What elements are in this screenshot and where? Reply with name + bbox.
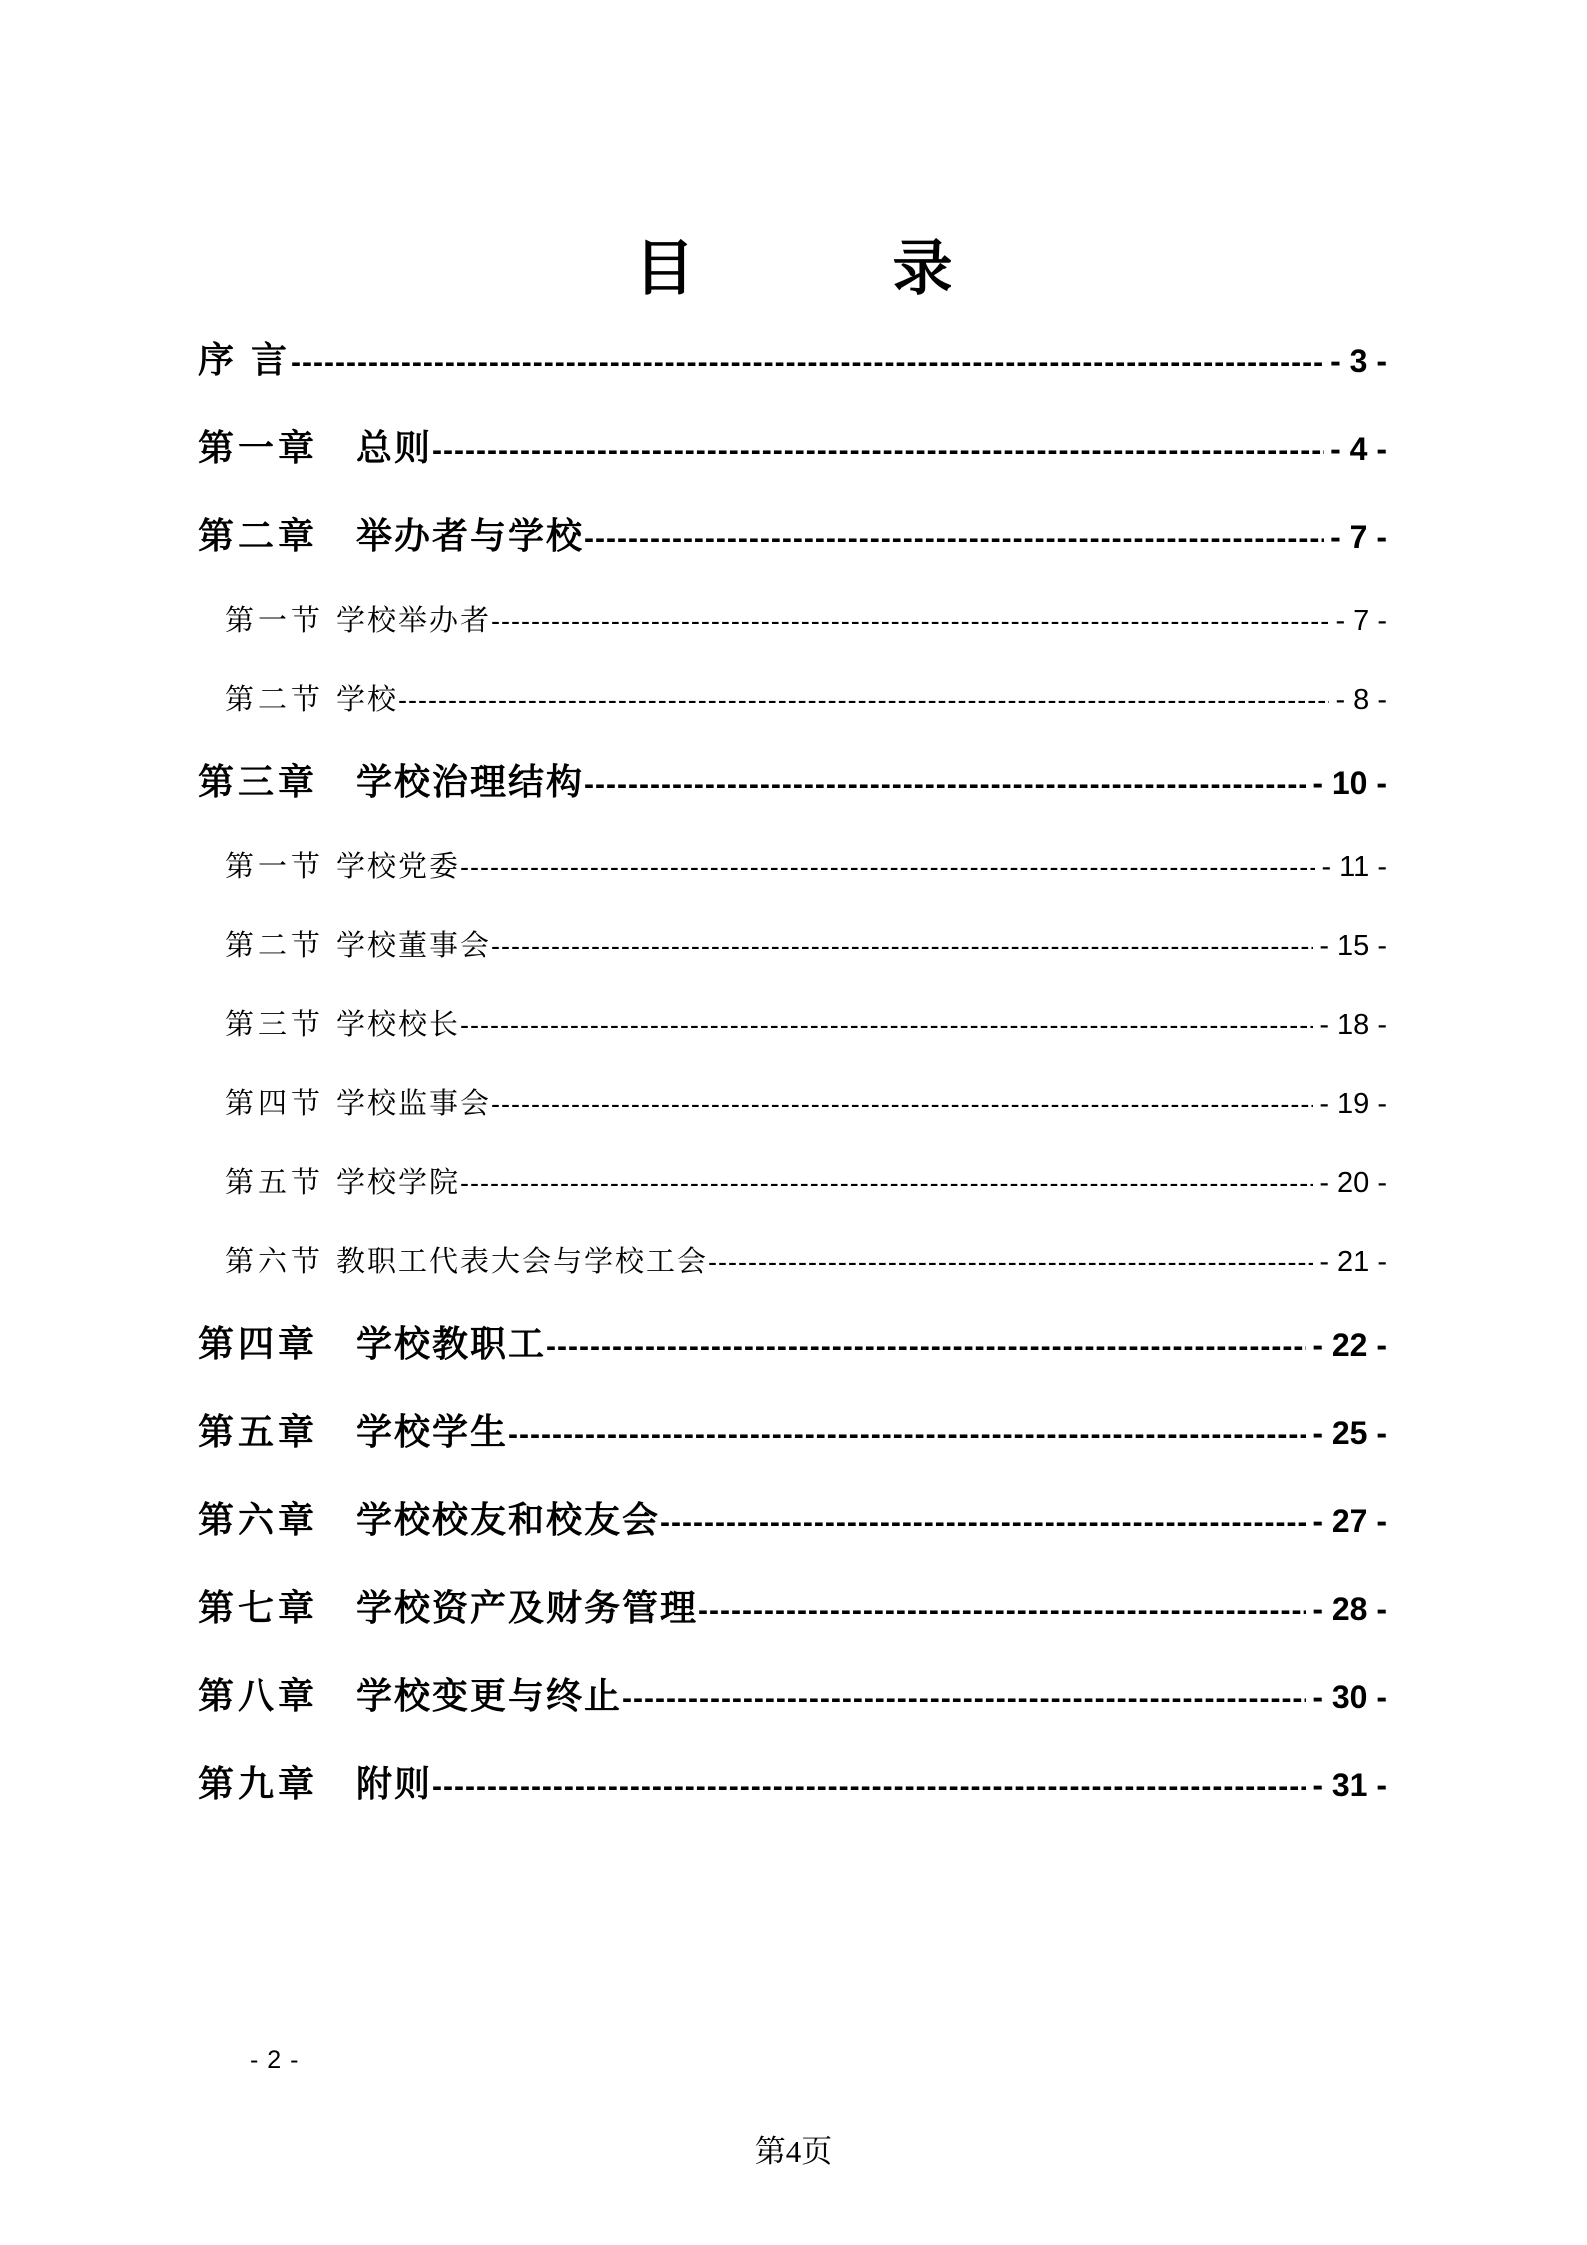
toc-entry[interactable]: 第三章 学校治理结构 -----------------------------… xyxy=(198,760,1387,807)
toc-entry-number: 第四节 xyxy=(225,1085,324,1123)
toc-entry-title: 学校 xyxy=(336,681,398,719)
toc-dash-leader: ----------------------------------------… xyxy=(460,1006,1313,1044)
footer-page-label: 第4页 xyxy=(0,2126,1587,2171)
inner-page-number: - 2 - xyxy=(250,2046,299,2075)
toc-dash-leader: ----------------------------------------… xyxy=(546,1325,1306,1369)
toc-entry-number: 第六节 xyxy=(225,1243,324,1281)
toc-dash-leader: ----------------------------------------… xyxy=(584,763,1306,807)
toc-entry-title: 学校教职工 xyxy=(356,1322,546,1366)
toc-entry[interactable]: 第一章 总则 ---------------------------------… xyxy=(198,426,1387,473)
toc-dash-leader: ----------------------------------------… xyxy=(460,1164,1313,1202)
toc-entry-title: 学校校长 xyxy=(336,1006,460,1044)
document-page: 目 录 序 言 --------------------------------… xyxy=(0,0,1587,2245)
toc-entry-title: 学校学生 xyxy=(356,1410,508,1454)
toc-entry[interactable]: 第四节 学校监事会 ------------------------------… xyxy=(198,1085,1387,1123)
toc-entry-number: 第五节 xyxy=(225,1164,324,1202)
toc-entry-page: - 11 - xyxy=(1321,848,1387,886)
toc-entry-number: 第九章 xyxy=(198,1762,318,1806)
toc-entry-page: - 8 - xyxy=(1335,681,1387,719)
toc-entry-number: 第三章 xyxy=(198,760,318,804)
toc-dash-leader: ----------------------------------------… xyxy=(291,341,1324,385)
toc-title-char-right: 录 xyxy=(893,233,953,305)
toc-entry-number: 第三节 xyxy=(225,1006,324,1044)
toc-dash-leader: ----------------------------------------… xyxy=(698,1589,1306,1633)
toc-entry[interactable]: 第二节 学校董事会 ------------------------------… xyxy=(198,927,1387,965)
toc-entry-page: - 31 - xyxy=(1312,1763,1387,1807)
toc-entry-number: 第二节 xyxy=(225,927,324,965)
toc-entry-title: 学校校友和校友会 xyxy=(356,1498,660,1542)
toc-entry-number: 第二章 xyxy=(198,514,318,558)
toc-entry[interactable]: 第八章 学校变更与终止 ----------------------------… xyxy=(198,1674,1387,1721)
toc-entry-number: 第四章 xyxy=(198,1322,318,1366)
toc-title-char-left: 目 xyxy=(635,233,695,305)
toc-entry-page: - 15 - xyxy=(1319,927,1387,965)
toc-entry-title: 学校治理结构 xyxy=(356,760,584,804)
toc-dash-leader: ----------------------------------------… xyxy=(584,517,1324,561)
toc-entry-title: 学校党委 xyxy=(336,848,460,886)
toc-entry-number: 序 言 xyxy=(198,338,291,382)
toc-entry-page: - 28 - xyxy=(1312,1587,1387,1631)
toc-entry-number: 第五章 xyxy=(198,1410,318,1454)
toc-entry-page: - 30 - xyxy=(1312,1675,1387,1719)
toc-entry-title: 学校资产及财务管理 xyxy=(356,1586,698,1630)
toc-dash-leader: ----------------------------------------… xyxy=(660,1501,1306,1545)
toc-entry-number: 第一节 xyxy=(225,602,324,640)
toc-dash-leader: ----------------------------------------… xyxy=(398,681,1329,719)
toc-entry-number: 第二节 xyxy=(225,681,324,719)
toc-entry-title: 学校董事会 xyxy=(336,927,491,965)
toc-entry-page: - 4 - xyxy=(1330,427,1387,471)
toc-entry-page: - 22 - xyxy=(1312,1323,1387,1367)
toc-entry-title: 学校举办者 xyxy=(336,602,491,640)
toc-dash-leader: ----------------------------------------… xyxy=(432,429,1324,473)
toc-entry[interactable]: 第二章 举办者与学校 -----------------------------… xyxy=(198,514,1387,561)
toc-entry-page: - 7 - xyxy=(1330,515,1387,559)
toc-entry-title: 举办者与学校 xyxy=(356,514,584,558)
toc-entry[interactable]: 第二节 学校 ---------------------------------… xyxy=(198,681,1387,719)
toc-dash-leader: ----------------------------------------… xyxy=(460,848,1315,886)
toc-entry-page: - 19 - xyxy=(1319,1085,1387,1123)
toc-entry-number: 第八章 xyxy=(198,1674,318,1718)
toc-entry-number: 第一章 xyxy=(198,426,318,470)
toc-entry[interactable]: 序 言 ------------------------------------… xyxy=(198,338,1387,385)
toc-entry[interactable]: 第九章 附则 ---------------------------------… xyxy=(198,1762,1387,1809)
toc-entry-title: 学校变更与终止 xyxy=(356,1674,622,1718)
toc-dash-leader: ----------------------------------------… xyxy=(708,1243,1313,1281)
toc-dash-leader: ----------------------------------------… xyxy=(491,602,1329,640)
toc-list: 序 言 ------------------------------------… xyxy=(198,338,1387,1850)
toc-entry[interactable]: 第一节 学校举办者 ------------------------------… xyxy=(198,602,1387,640)
toc-entry-page: - 10 - xyxy=(1312,761,1387,805)
toc-entry[interactable]: 第六章 学校校友和校友会 ---------------------------… xyxy=(198,1498,1387,1545)
toc-entry-title: 教职工代表大会与学校工会 xyxy=(336,1243,708,1281)
toc-entry-page: - 25 - xyxy=(1312,1411,1387,1455)
toc-entry[interactable]: 第七章 学校资产及财务管理 --------------------------… xyxy=(198,1586,1387,1633)
toc-dash-leader: ----------------------------------------… xyxy=(491,1085,1313,1123)
toc-entry-page: - 18 - xyxy=(1319,1006,1387,1044)
toc-entry-title: 学校学院 xyxy=(336,1164,460,1202)
toc-dash-leader: ----------------------------------------… xyxy=(491,927,1313,965)
toc-entry[interactable]: 第五节 学校学院 -------------------------------… xyxy=(198,1164,1387,1202)
toc-entry-page: - 3 - xyxy=(1330,339,1387,383)
toc-entry-title: 学校监事会 xyxy=(336,1085,491,1123)
toc-entry-page: - 7 - xyxy=(1335,602,1387,640)
toc-entry-title: 附则 xyxy=(356,1762,432,1806)
toc-entry[interactable]: 第一节 学校党委 -------------------------------… xyxy=(198,848,1387,886)
toc-dash-leader: ----------------------------------------… xyxy=(622,1677,1306,1721)
toc-entry-page: - 27 - xyxy=(1312,1499,1387,1543)
toc-dash-leader: ----------------------------------------… xyxy=(508,1413,1306,1457)
toc-entry-number: 第六章 xyxy=(198,1498,318,1542)
toc-entry[interactable]: 第四章 学校教职工 ------------------------------… xyxy=(198,1322,1387,1369)
toc-entry[interactable]: 第五章 学校学生 -------------------------------… xyxy=(198,1410,1387,1457)
toc-entry-page: - 21 - xyxy=(1319,1243,1387,1281)
toc-entry-number: 第七章 xyxy=(198,1586,318,1630)
toc-dash-leader: ----------------------------------------… xyxy=(432,1765,1306,1809)
toc-entry[interactable]: 第六节 教职工代表大会与学校工会 -----------------------… xyxy=(198,1243,1387,1281)
toc-entry-number: 第一节 xyxy=(225,848,324,886)
toc-entry-title: 总则 xyxy=(356,426,432,470)
toc-entry[interactable]: 第三节 学校校长 -------------------------------… xyxy=(198,1006,1387,1044)
toc-title: 目 录 xyxy=(0,0,1587,305)
toc-entry-page: - 20 - xyxy=(1319,1164,1387,1202)
